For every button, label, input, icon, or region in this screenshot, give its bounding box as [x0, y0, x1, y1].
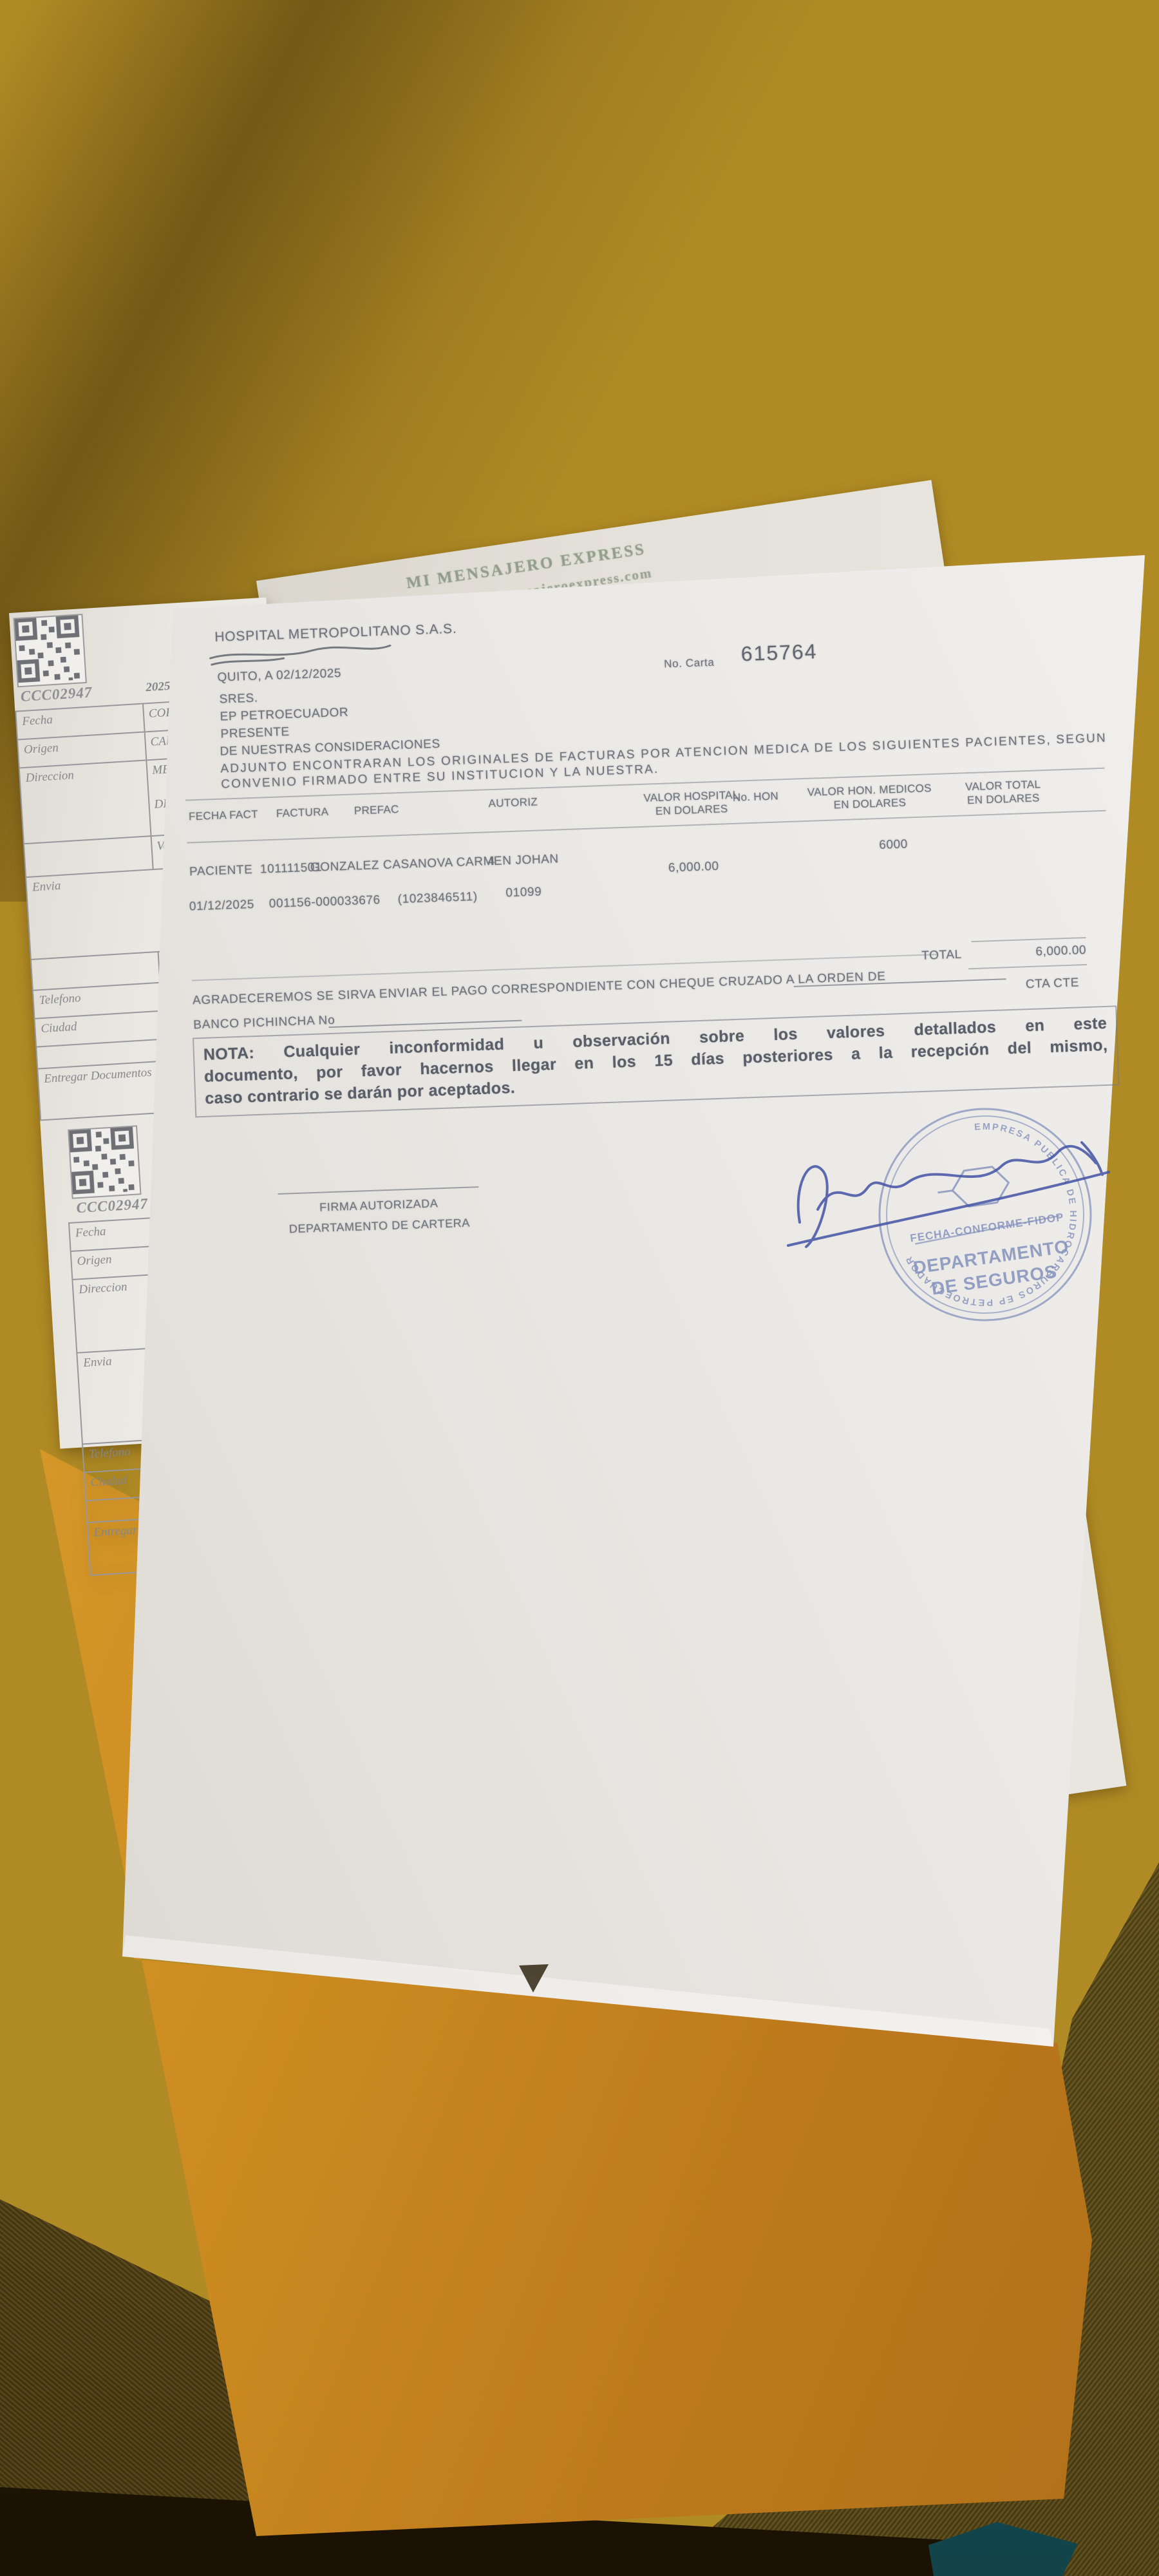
- field-envia: Envia: [83, 1354, 113, 1370]
- field-origen: Origen: [23, 741, 59, 757]
- field-telefono: Telefono: [39, 991, 81, 1008]
- col-header-no-hon: No. HON: [726, 789, 785, 804]
- account-type: CTA CTE: [1026, 976, 1080, 992]
- total-rule-bottom: [968, 964, 1087, 969]
- patient-total-value: 6000: [879, 838, 908, 853]
- patient-hon-count: 4: [487, 855, 495, 869]
- field-entregar: Entregar Documentos: [44, 1066, 153, 1086]
- invoice-date: 01/12/2025: [189, 898, 255, 914]
- waybill-year: 2025: [146, 679, 171, 695]
- autoriz-number: 01099: [505, 885, 542, 900]
- recipient-name: EP PETROECUADOR: [220, 706, 348, 724]
- qr-code: [13, 614, 86, 687]
- recipient-presente: PRESENTE: [220, 725, 290, 742]
- firma-autorizada-label: FIRMA AUTORIZADA: [278, 1195, 480, 1216]
- field-direccion: Direccion: [79, 1280, 127, 1298]
- prefac-number: (1023846511): [397, 890, 478, 907]
- col-header-valor-hon: VALOR HON. MEDICOSEN DOLARES: [792, 781, 947, 813]
- field-telefono: Telefono: [88, 1445, 131, 1462]
- total-rule-top: [972, 937, 1086, 942]
- field-envia: Envia: [32, 879, 61, 895]
- patient-row-label: PACIENTE: [189, 863, 253, 879]
- photo-of-document: { "courier": { "name": "MI MENSAJERO EXP…: [0, 0, 1159, 2576]
- col-header-prefac: PREFAC: [354, 802, 419, 817]
- col-header-valor-total: VALOR TOTALEN DOLARES: [947, 777, 1060, 808]
- field-origen: Origen: [77, 1253, 112, 1269]
- field-fecha: Fecha: [22, 713, 53, 729]
- col-header-fecha: FECHA FACT: [189, 807, 267, 823]
- field-ciudad: Ciudad: [90, 1473, 127, 1490]
- total-label: TOTAL: [921, 948, 962, 963]
- invoice-number: 001156-000033676: [269, 893, 381, 911]
- field-direccion: Direccion: [25, 768, 74, 786]
- patient-hospital-value: 6,000.00: [635, 858, 753, 876]
- qr-code: [68, 1125, 141, 1198]
- handwritten-signature: [780, 1112, 1122, 1266]
- col-header-autoriz: AUTORIZ: [488, 795, 553, 810]
- value-origen: CAl: [150, 734, 170, 750]
- letter-number: 615764: [740, 639, 818, 666]
- total-value: 6,000.00: [1004, 943, 1087, 960]
- col-header-factura: FACTURA: [276, 804, 348, 820]
- patient-name: GONZALEZ CASANOVA CARMEN JOHAN: [310, 852, 560, 875]
- recipient-sres: SRES.: [219, 692, 258, 707]
- bank-line: BANCO PICHINCHA No: [193, 1014, 335, 1033]
- signature-line: [278, 1186, 479, 1195]
- field-ciudad: Ciudad: [41, 1020, 77, 1036]
- waybill-code: CCC02947: [20, 684, 93, 705]
- departamento-cartera-label: DEPARTAMENTO DE CARTERA: [253, 1215, 505, 1238]
- waybill-code: CCC02947: [76, 1196, 149, 1217]
- hospital-name: HOSPITAL METROPOLITANO S.A.S.: [214, 621, 457, 645]
- letter-date-line: QUITO, A 02/12/2025: [217, 667, 341, 685]
- field-fecha: Fecha: [75, 1225, 106, 1241]
- pen-underline: [207, 641, 395, 670]
- letter-number-label: No. Carta: [664, 656, 715, 671]
